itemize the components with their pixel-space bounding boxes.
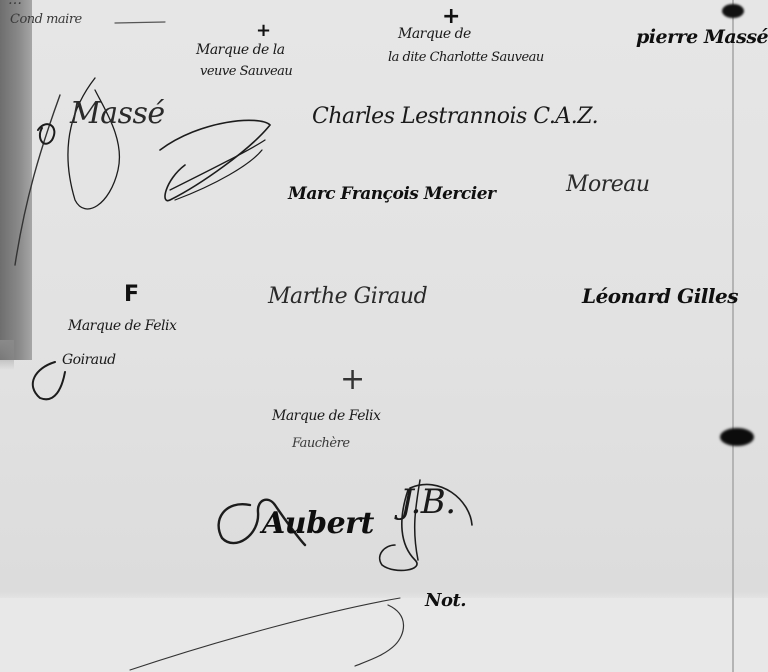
signature-mercier: Marc François Mercier xyxy=(288,184,495,204)
signature-mark-name: Fauchère xyxy=(292,436,350,451)
signature-leonard: Léonard Gilles xyxy=(582,284,738,308)
top-fragment-line2: Cond maire xyxy=(10,12,82,27)
signature-marthe: Marthe Giraud xyxy=(268,284,427,309)
ink-blot xyxy=(720,428,754,446)
signature-mark-name: Goiraud xyxy=(62,352,116,368)
top-fragment-line1: … xyxy=(8,0,22,8)
ink-blot-top xyxy=(722,4,744,18)
binding-shadow xyxy=(0,0,32,360)
signature-charles: Charles Lestrannois C.A.Z. xyxy=(312,104,598,129)
signature-mark-label: Marque de Felix xyxy=(68,318,176,334)
signature-moreau: Moreau xyxy=(566,172,650,197)
binding-shadow-fade xyxy=(0,340,14,370)
cross-mark-icon: + xyxy=(340,362,365,397)
signature-mark-name: la dite Charlotte Sauveau xyxy=(388,50,544,65)
signature-aubert: Aubert xyxy=(262,506,374,541)
signature-mark-name: veuve Sauveau xyxy=(200,64,292,79)
cross-mark-icon: + xyxy=(256,20,271,41)
notary-paraph: J.B. xyxy=(400,482,456,522)
house-mark-icon: F xyxy=(124,282,139,307)
page-fold-line xyxy=(732,0,734,672)
signature-mark-label: Marque de Felix xyxy=(272,408,380,424)
signature-flourish: Massé xyxy=(70,96,165,131)
scan-band xyxy=(0,598,768,672)
signature-pierre: pierre Massé xyxy=(636,26,768,48)
signature-mark-label: Marque de la xyxy=(196,42,285,58)
signature-mark-label: Marque de xyxy=(398,26,471,42)
signature-notary: Not. xyxy=(425,590,466,611)
